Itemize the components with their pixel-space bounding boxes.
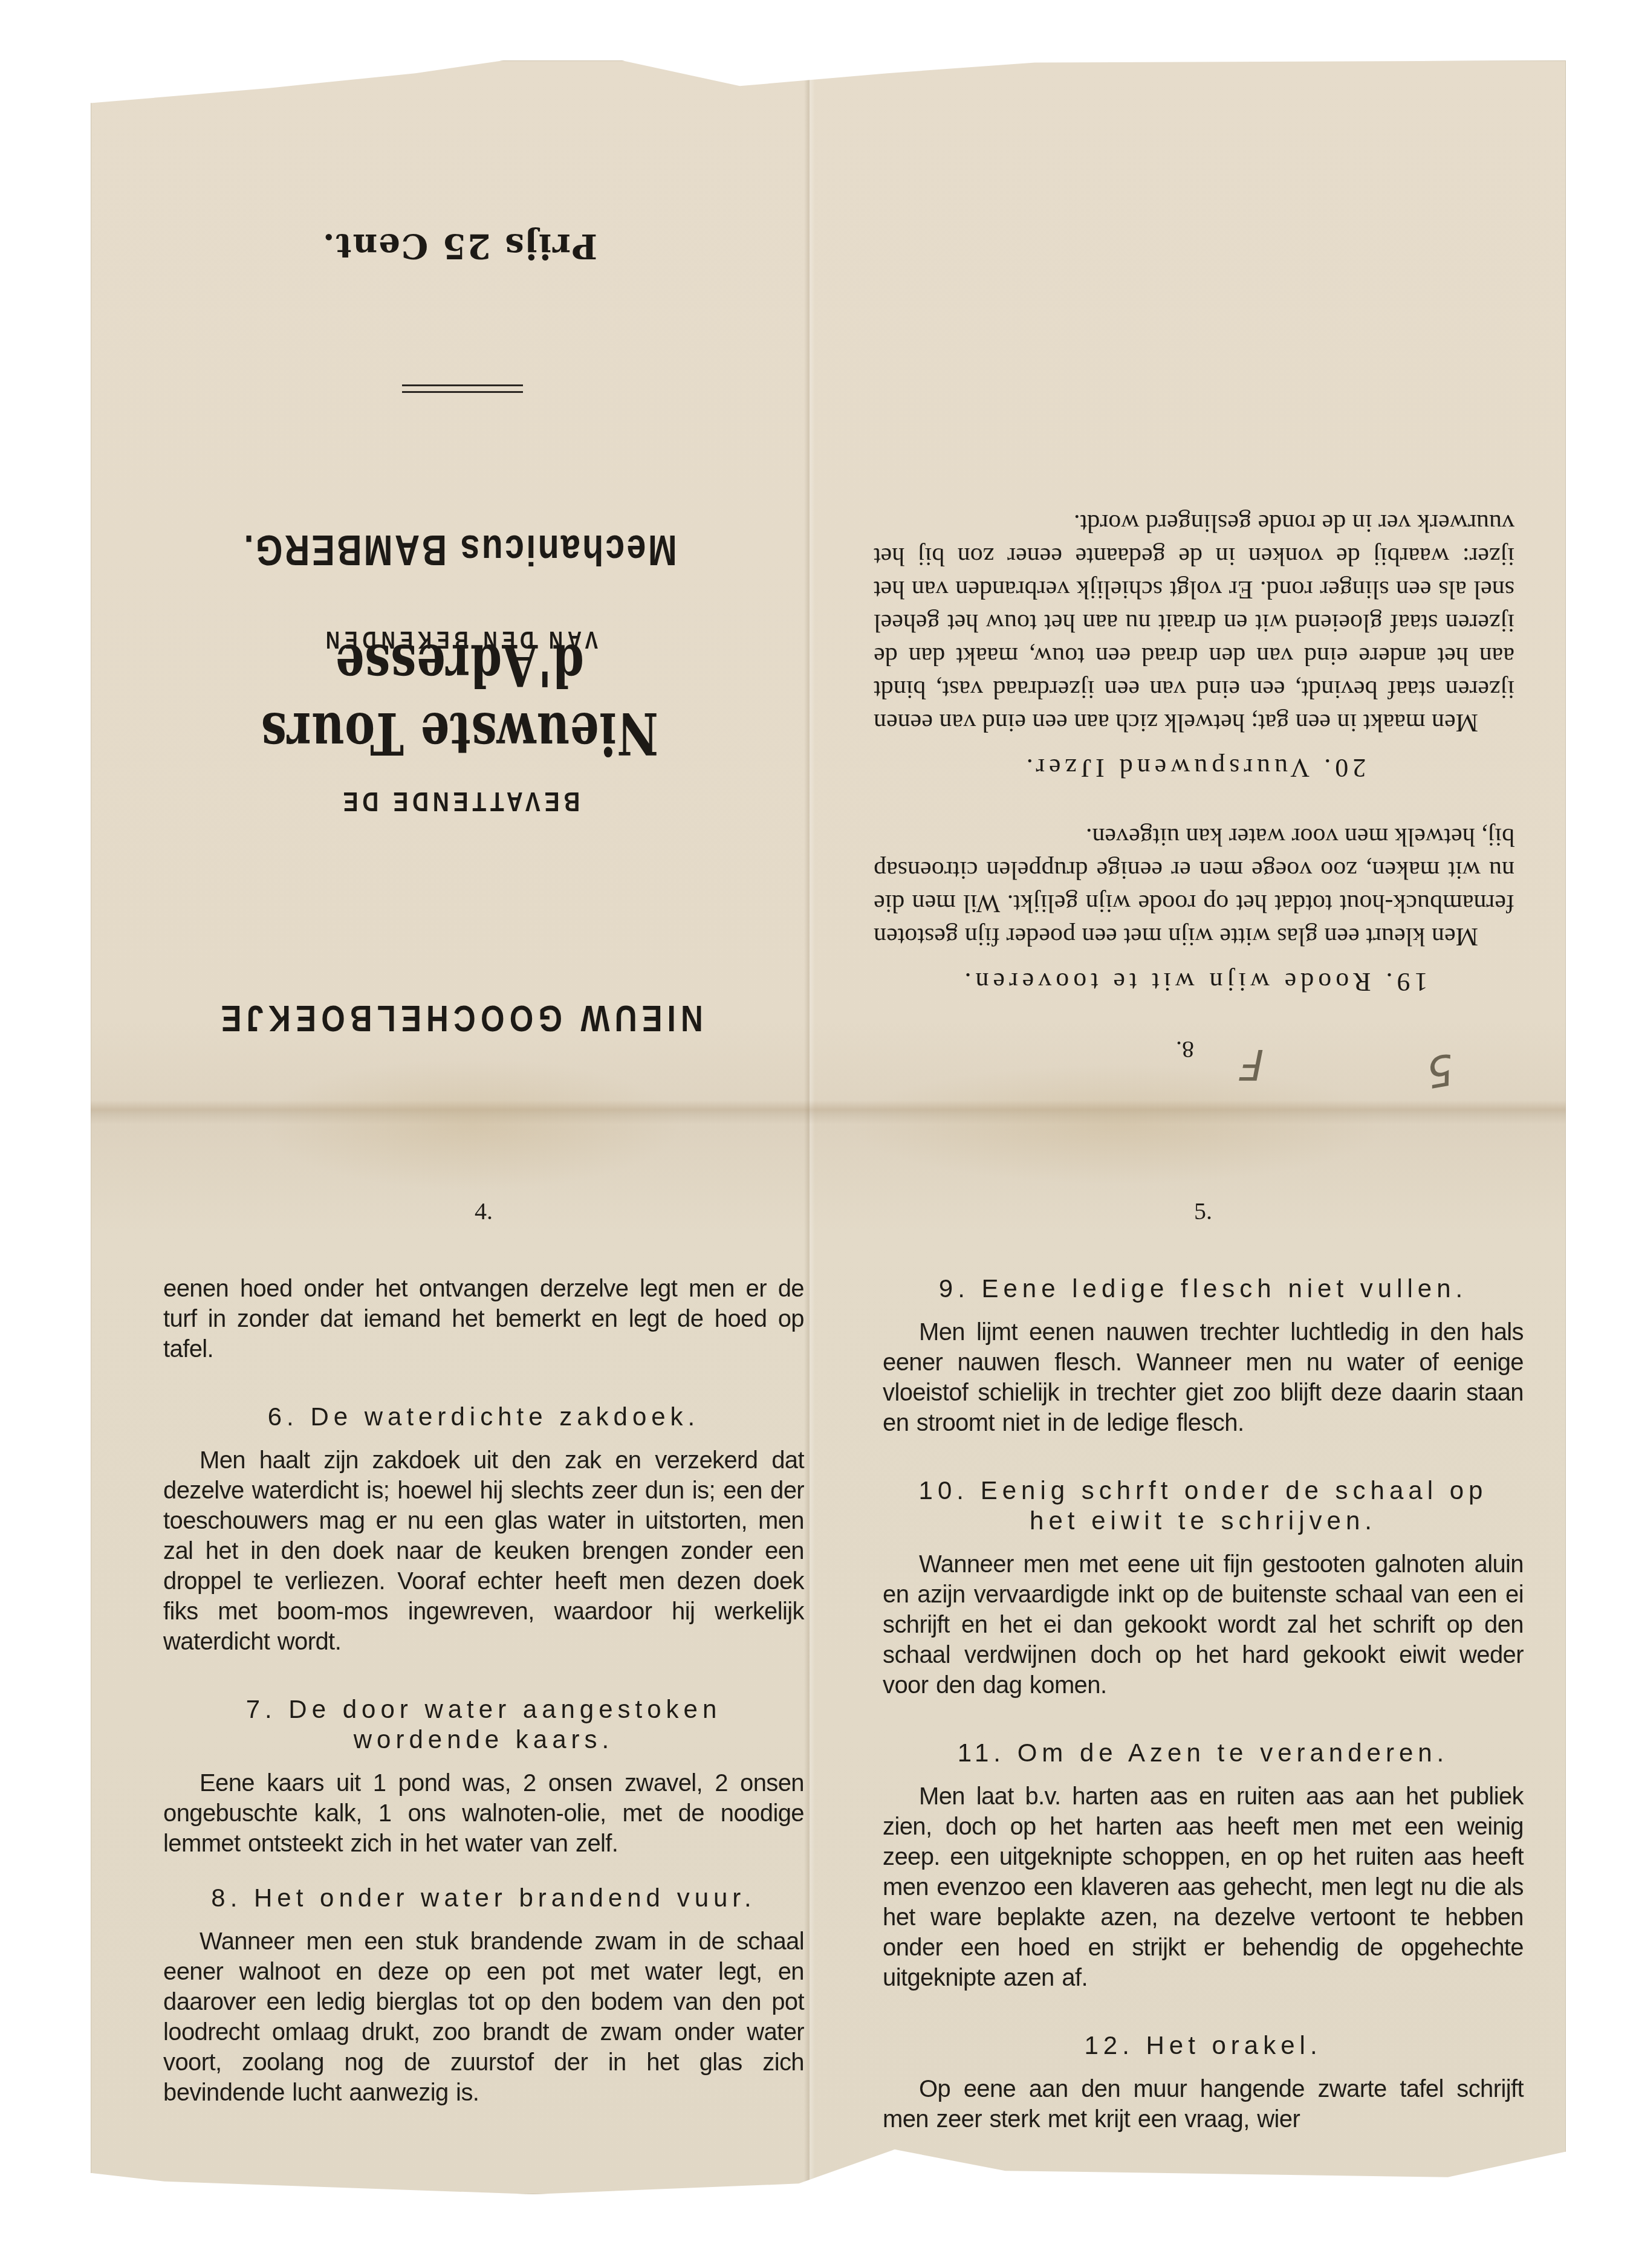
section-body: Op eene aan den muur hangende zwarte taf… (883, 2074, 1524, 2134)
cover-by-label: VAN DEN BEKENDEN (184, 626, 735, 653)
page-5: 5. 9. Eene ledige flesch niet vullen. Me… (883, 1179, 1524, 2146)
section-heading: 20. Vuurspuwend IJzer. (874, 752, 1514, 783)
section-heading-line2: wordende kaars. (163, 1725, 804, 1755)
section-heading: 11. Om de Azen te veranderen. (883, 1738, 1524, 1768)
double-rule-divider (402, 384, 523, 393)
section-body: Men laat b.v. harten aas en ruiten aas a… (883, 1781, 1524, 1993)
page-4: 4. eenen hoed onder het ontvangen derzel… (163, 1179, 804, 2146)
section-heading: 8. Het onder water brandend vuur. (163, 1883, 804, 1913)
section-body: Wanneer men een stuk brandende zwam in d… (163, 1926, 804, 2108)
section-heading: 12. Het orakel. (883, 2030, 1524, 2061)
section-heading-line2: het eiwit te schrijven. (883, 1506, 1524, 1536)
section-body: Eene kaars uit 1 pond was, 2 onsen zwave… (163, 1768, 804, 1859)
section-body: Men kleurt een glas witte wijn met een p… (874, 820, 1514, 953)
section-heading: 6. De waterdichte zakdoek. (163, 1402, 804, 1432)
continuation-text: eenen hoed onder het ontvangen derzelve … (163, 1274, 804, 1364)
section-body: Wanneer men met eene uit fijn gestooten … (883, 1549, 1524, 1700)
page-8: 8. 19. Roode wijn wit te tooveren. Men k… (837, 471, 1533, 1088)
section-heading: 9. Eene ledige flesch niet vullen. (883, 1274, 1524, 1304)
section-body: Men lijmt eenen nauwen trechter luchtled… (883, 1317, 1524, 1438)
section-body: Men maakt in een gat; hetwelk zich aan e… (874, 506, 1514, 739)
cover-price: Prijs 25 Cent. (115, 226, 804, 266)
section-heading: 7. De door water aangestoken (163, 1694, 804, 1725)
paper-stain (260, 1058, 683, 1191)
section-body: Men haalt zijn zakdoek uit den zak en ve… (163, 1445, 804, 1657)
cover-contains-label: BEVATTENDE DE (167, 786, 753, 816)
page-number: 5. (883, 1197, 1524, 1225)
cover-page: NIEUW GOOCHELBOEKJE BEVATTENDE DE Nieuws… (115, 85, 804, 1076)
section-heading: 19. Roode wijn wit te tooveren. (874, 966, 1514, 997)
pencil-mark: F (1239, 1040, 1264, 1089)
cover-brand: NIEUW GOOCHELBOEKJE (177, 997, 742, 1040)
cover-author: Mechanicus BAMBERG. (177, 526, 742, 574)
section-heading: 10. Eenig schrft onder de schaal op (883, 1476, 1524, 1506)
page-number: 4. (163, 1197, 804, 1225)
vertical-fold (804, 60, 815, 2194)
